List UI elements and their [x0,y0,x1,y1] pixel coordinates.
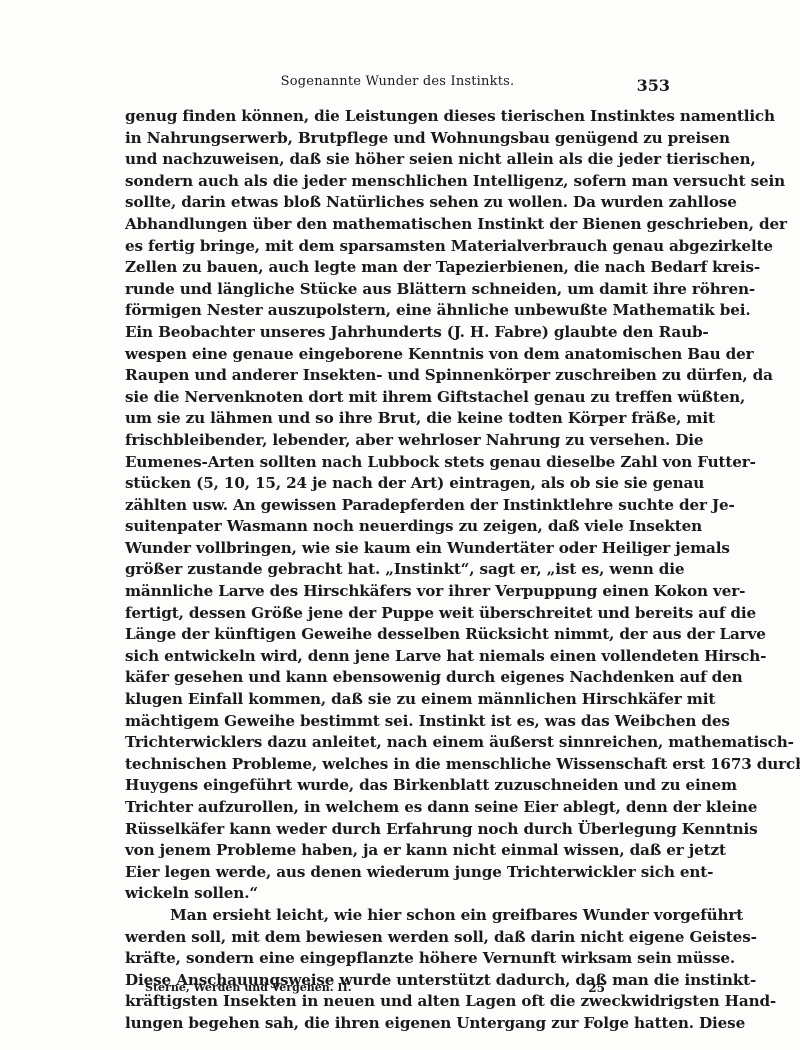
text-line: Raupen und anderer Insekten- und Spinnen… [125,365,670,387]
body-text: genug finden können, die Leistungen dies… [125,106,670,1035]
text-line: Abhandlungen über den mathematischen Ins… [125,214,670,236]
text-line: sich entwickeln wird, denn jene Larve ha… [125,646,670,668]
text-line: es fertig bringe, mit dem sparsamsten Ma… [125,236,670,258]
text-line: werden soll, mit dem bewiesen werden sol… [125,927,670,949]
text-line: mächtigem Geweihe bestimmt sei. Instinkt… [125,711,670,733]
text-line: fertigt, dessen Größe jene der Puppe wei… [125,603,670,625]
text-line: Eier legen werde, aus denen wiederum jun… [125,862,670,884]
text-line: größer zustande gebracht hat. „Instinkt“… [125,559,670,581]
text-line-paragraph-end: wickeln sollen.“ [125,883,670,905]
text-line: männliche Larve des Hirschkäfers vor ihr… [125,581,670,603]
text-line-paragraph-start: Man ersieht leicht, wie hier schon ein g… [125,905,670,927]
text-line: sie die Nervenknoten dort mit ihrem Gift… [125,387,670,409]
text-line: Ein Beobachter unseres Jahrhunderts (J. … [125,322,670,344]
book-page: Sogenannte Wunder des Instinkts. 353 gen… [0,0,800,1050]
text-line: suitenpater Wasmann noch neuerdings zu z… [125,516,670,538]
page-number: 353 [637,76,670,95]
text-line: genug finden können, die Leistungen dies… [125,106,670,128]
text-line: käfer gesehen und kann ebensowenig durch… [125,667,670,689]
text-line: in Nahrungserwerb, Brutpflege und Wohnun… [125,128,670,150]
text-line: sondern auch als die jeder menschlichen … [125,171,670,193]
text-line: und nachzuweisen, daß sie höher seien ni… [125,149,670,171]
text-line: Zellen zu bauen, auch legte man der Tape… [125,257,670,279]
text-line: klugen Einfall kommen, daß sie zu einem … [125,689,670,711]
running-title: Sogenannte Wunder des Instinkts. [125,74,670,89]
text-line: von jenem Probleme haben, ja er kann nic… [125,840,670,862]
text-line: sollte, darin etwas bloß Natürliches seh… [125,192,670,214]
footer: Sterne, Werden und Vergehen. II. 25 [145,981,605,1001]
text-line: Eumenes-Arten sollten nach Lubbock stets… [125,452,670,474]
text-line: stücken (5, 10, 15, 24 je nach der Art) … [125,473,670,495]
text-line: förmigen Nester auszupolstern, eine ähnl… [125,300,670,322]
text-line: zählten usw. An gewissen Paradepferden d… [125,495,670,517]
text-line: Trichter aufzurollen, in welchem es dann… [125,797,670,819]
text-line: Trichterwicklers dazu anleitet, nach ein… [125,732,670,754]
text-line: um sie zu lähmen und so ihre Brut, die k… [125,408,670,430]
text-line: runde und längliche Stücke aus Blättern … [125,279,670,301]
text-line: Wunder vollbringen, wie sie kaum ein Wun… [125,538,670,560]
text-line: lungen begehen sah, die ihren eigenen Un… [125,1013,670,1035]
text-line: frischbleibender, lebender, aber wehrlos… [125,430,670,452]
signature-number: 25 [588,981,605,995]
running-head: Sogenannte Wunder des Instinkts. 353 [125,70,670,92]
signature-title: Sterne, Werden und Vergehen. II. [145,981,352,994]
text-line: Rüsselkäfer kann weder durch Erfahrung n… [125,819,670,841]
text-line: technischen Probleme, welches in die men… [125,754,670,776]
text-line: Länge der künftigen Geweihe desselben Rü… [125,624,670,646]
text-line: Huygens eingeführt wurde, das Birkenblat… [125,775,670,797]
text-line: wespen eine genaue eingeborene Kenntnis … [125,344,670,366]
text-line: kräfte, sondern eine eingepflanzte höher… [125,948,670,970]
